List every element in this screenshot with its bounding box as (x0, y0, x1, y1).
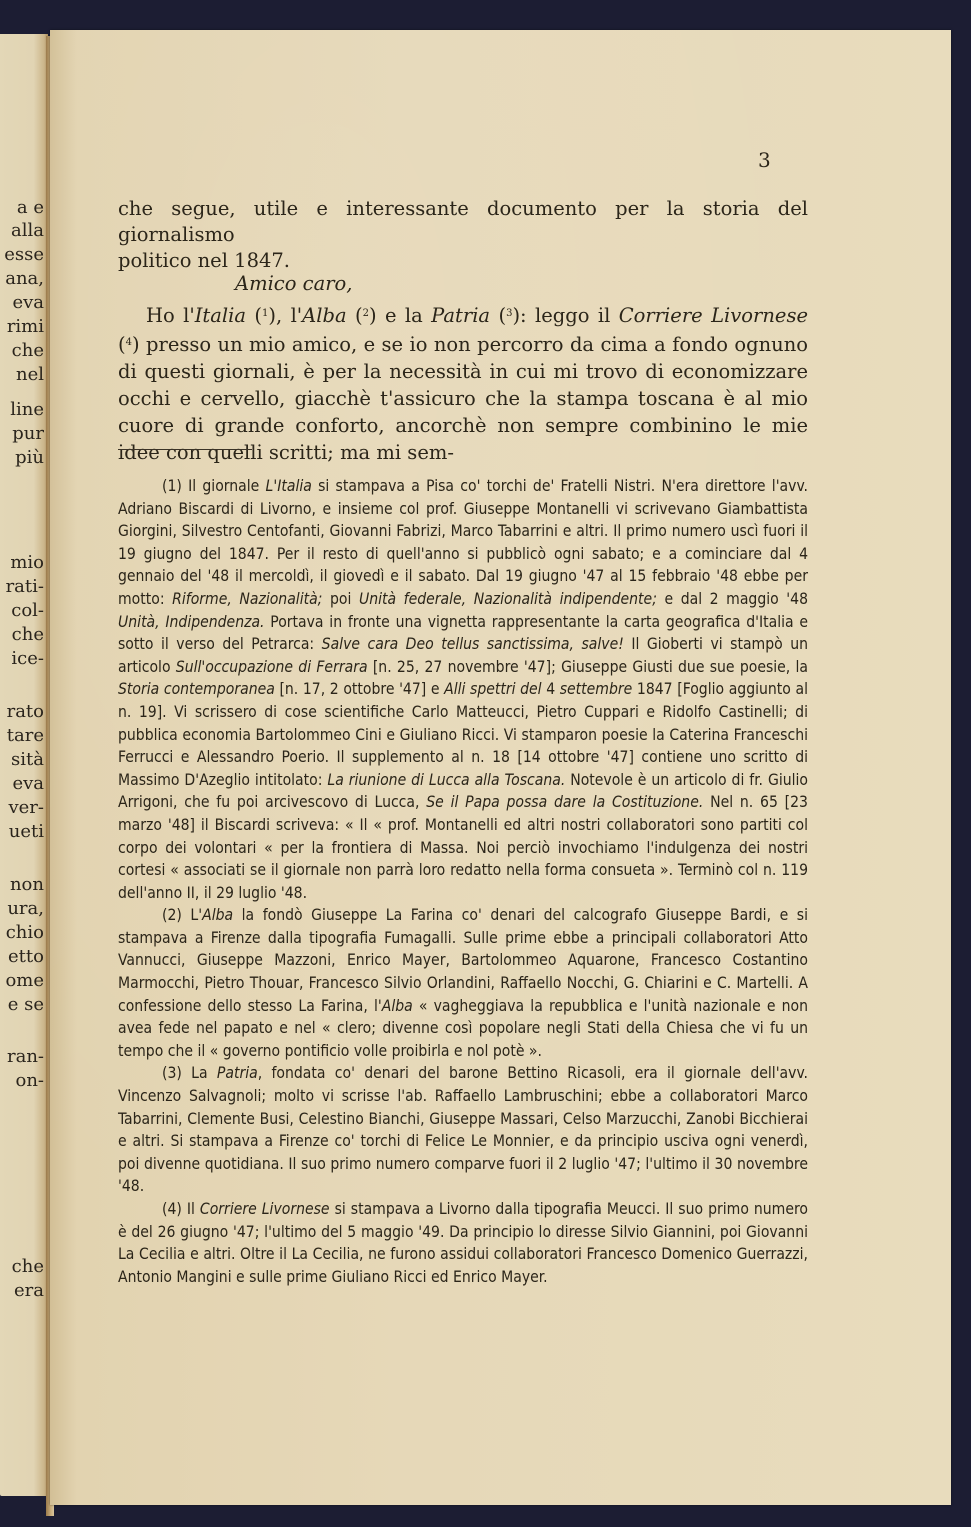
left-page-text-fragment: che (12, 624, 44, 646)
left-page-text-fragment: eva (12, 773, 44, 795)
footnote-ref-4: 4 (126, 337, 132, 348)
page-number: 3 (758, 148, 771, 172)
left-page-text-fragment: tare (7, 725, 44, 747)
journal-title-alba: Alba (302, 304, 346, 327)
footnote-3: (3) La Patria, fondata co' denari del ba… (118, 1062, 808, 1198)
footnote-1: (1) Il giornale L'Italia si stampava a P… (118, 475, 808, 904)
left-page-text-fragment: ura, (7, 898, 44, 920)
left-page-text-fragment: esse (4, 244, 44, 266)
footnote-ref-1: 1 (262, 308, 268, 319)
left-page-text-fragment: ver- (8, 797, 44, 819)
left-page-text-fragment: rimi (7, 316, 44, 338)
journal-title-italia: Italia (195, 304, 246, 327)
left-page-text-fragment: pur (12, 423, 44, 445)
left-page-text-fragment: ueti (9, 821, 44, 843)
letter-text: presso un mio amico, e se io non percorr… (118, 333, 808, 464)
left-page-text-fragment: rato (7, 701, 44, 723)
left-page-text-fragment: ice- (11, 648, 44, 670)
letter-text: Ho l' (146, 304, 195, 327)
footnote-4: (4) Il Corriere Livornese si stampava a … (118, 1198, 808, 1288)
intro-line-2: politico nel 1847. (118, 248, 808, 274)
left-page-text-fragment: line (10, 399, 44, 421)
left-page-text-fragment: ran- (7, 1046, 44, 1068)
left-page-text-fragment: on- (15, 1070, 44, 1092)
letter-text: , l' (276, 304, 302, 327)
salutation: Amico caro, (235, 272, 352, 295)
left-page-text-fragment: non (10, 874, 44, 896)
left-page-text-fragment: che (12, 340, 44, 362)
journal-title-corriere: Corriere Livornese (619, 304, 808, 327)
left-page-text-fragment: era (14, 1280, 44, 1302)
left-page-text-fragment: chio (6, 922, 44, 944)
footnote-ref-3: 3 (506, 308, 512, 319)
left-page-edge: a eallaesseana,evarimichenellinepurpiùmi… (0, 34, 48, 1496)
left-page-text-fragment: ome (5, 970, 44, 992)
left-page-text-fragment: etto (8, 946, 44, 968)
left-page-text-fragment: ana, (5, 268, 44, 290)
letter-text: : leggo il (520, 304, 619, 327)
left-page-text-fragment: nel (16, 364, 44, 386)
intro-line-1: che segue, utile e interessante document… (118, 196, 808, 248)
left-page-text-fragment: più (15, 447, 44, 469)
left-page-text-fragment: mio (10, 552, 44, 574)
journal-title-patria: Patria (431, 304, 490, 327)
footnote-ref-2: 2 (363, 308, 369, 319)
letter-paragraph: Ho l'Italia (1), l'Alba (2) e la Patria … (118, 300, 808, 466)
intro-paragraph: che segue, utile e interessante document… (118, 196, 808, 274)
footnote-separator (118, 449, 252, 450)
left-page-text-fragment: a e (17, 197, 44, 219)
left-page-text-fragment: sità (11, 749, 44, 771)
left-page-text-fragment: col- (11, 600, 44, 622)
letter-text: e la (377, 304, 432, 327)
footnote-2: (2) L'Alba la fondò Giuseppe La Farina c… (118, 904, 808, 1062)
left-page-text-fragment: alla (11, 220, 44, 242)
left-page-text-fragment: che (12, 1256, 44, 1278)
footnotes: (1) Il giornale L'Italia si stampava a P… (118, 475, 808, 1288)
left-page-text-fragment: e se (8, 994, 44, 1016)
left-page-text-fragment: rati- (6, 576, 44, 598)
left-page-text-fragment: eva (12, 292, 44, 314)
